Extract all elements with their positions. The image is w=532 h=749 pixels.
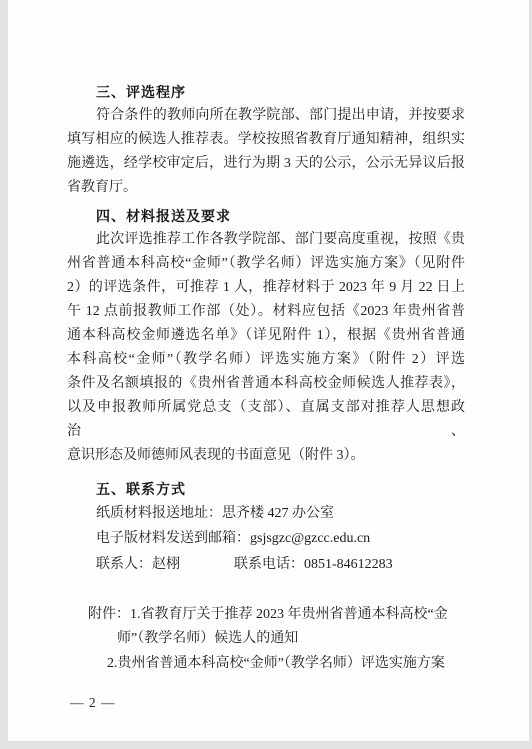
section-heading-contact: 五、联系方式	[67, 477, 465, 501]
text-line: 以及申报教师所属党总支（支部）、直属支部对推荐人思想政治、	[67, 396, 465, 444]
text-line: 本科高校“金师”（教学名师）评选实施方案》（附件 2）评选	[67, 348, 465, 372]
page-number: — 2 —	[70, 695, 116, 711]
section-heading-procedure: 三、评选程序	[67, 80, 465, 104]
contact-email-line: 电子版材料发送到邮箱：gsjsgzc@gzcc.edu.cn	[67, 526, 465, 551]
text-line: 施遴选，经学校审定后，进行为期 3 天的公示，公示无异议后报	[67, 152, 465, 176]
attachments-block: 附件：1.省教育厅关于推荐 2023 年贵州省普通本科高校“金 师”（教学名师）…	[67, 603, 465, 677]
text-line: 2）的评选条件，可推荐 1 人，推荐材料于 2023 年 9 月 22 日上	[67, 276, 465, 300]
text-line: 午 12 点前报教师工作部（处）。材料应包括《2023 年贵州省普	[67, 300, 465, 324]
document-page: 三、评选程序 符合条件的教师向所在教学院部、部门提出申请，并按要求 填写相应的候…	[8, 0, 529, 741]
section-heading-materials: 四、材料报送及要求	[67, 204, 465, 228]
attachment-item-1-line-2: 师”（教学名师）候选人的通知	[67, 627, 465, 652]
paragraph-procedure: 符合条件的教师向所在教学院部、部门提出申请，并按要求 填写相应的候选人推荐表。学…	[67, 104, 465, 200]
scanned-document-screenshot: 三、评选程序 符合条件的教师向所在教学院部、部门提出申请，并按要求 填写相应的候…	[0, 0, 532, 749]
text-line: 通本科高校金师遴选名单》（详见附件 1），根据《贵州省普通	[67, 324, 465, 348]
text-line: 填写相应的候选人推荐表。学校按照省教育厅通知精神，组织实	[67, 128, 465, 152]
attachment-item-2: 2.贵州省普通本科高校“金师”（教学名师）评选实施方案	[67, 652, 465, 677]
text-line: 条件及名额填报的《贵州省普通本科高校金师候选人推荐表》，	[67, 372, 465, 396]
attachment-item-1-line-1: 附件：1.省教育厅关于推荐 2023 年贵州省普通本科高校“金	[67, 603, 465, 628]
contact-person: 联系人：赵栩	[96, 557, 180, 572]
text-line: 此次评选推荐工作各教学院部、部门要高度重视，按照《贵	[67, 228, 465, 252]
contact-person-line: 联系人：赵栩联系电话：0851-84612283	[67, 552, 465, 577]
text-line: 省教育厅。	[67, 176, 465, 200]
text-line: 意识形态及师德师风表现的书面意见（附件 3）。	[67, 444, 465, 468]
text-line: 符合条件的教师向所在教学院部、部门提出申请，并按要求	[67, 104, 465, 128]
paragraph-materials: 此次评选推荐工作各教学院部、部门要高度重视，按照《贵 州省普通本科高校“金师”（…	[67, 228, 465, 468]
text-line: 州省普通本科高校“金师”（教学名师）评选实施方案》（见附件	[67, 252, 465, 276]
document-body: 三、评选程序 符合条件的教师向所在教学院部、部门提出申请，并按要求 填写相应的候…	[67, 0, 465, 677]
contact-block: 纸质材料报送地址：思齐楼 427 办公室 电子版材料发送到邮箱：gsjsgzc@…	[67, 501, 465, 577]
contact-phone: 联系电话：0851-84612283	[234, 557, 393, 572]
contact-address-line: 纸质材料报送地址：思齐楼 427 办公室	[67, 501, 465, 526]
